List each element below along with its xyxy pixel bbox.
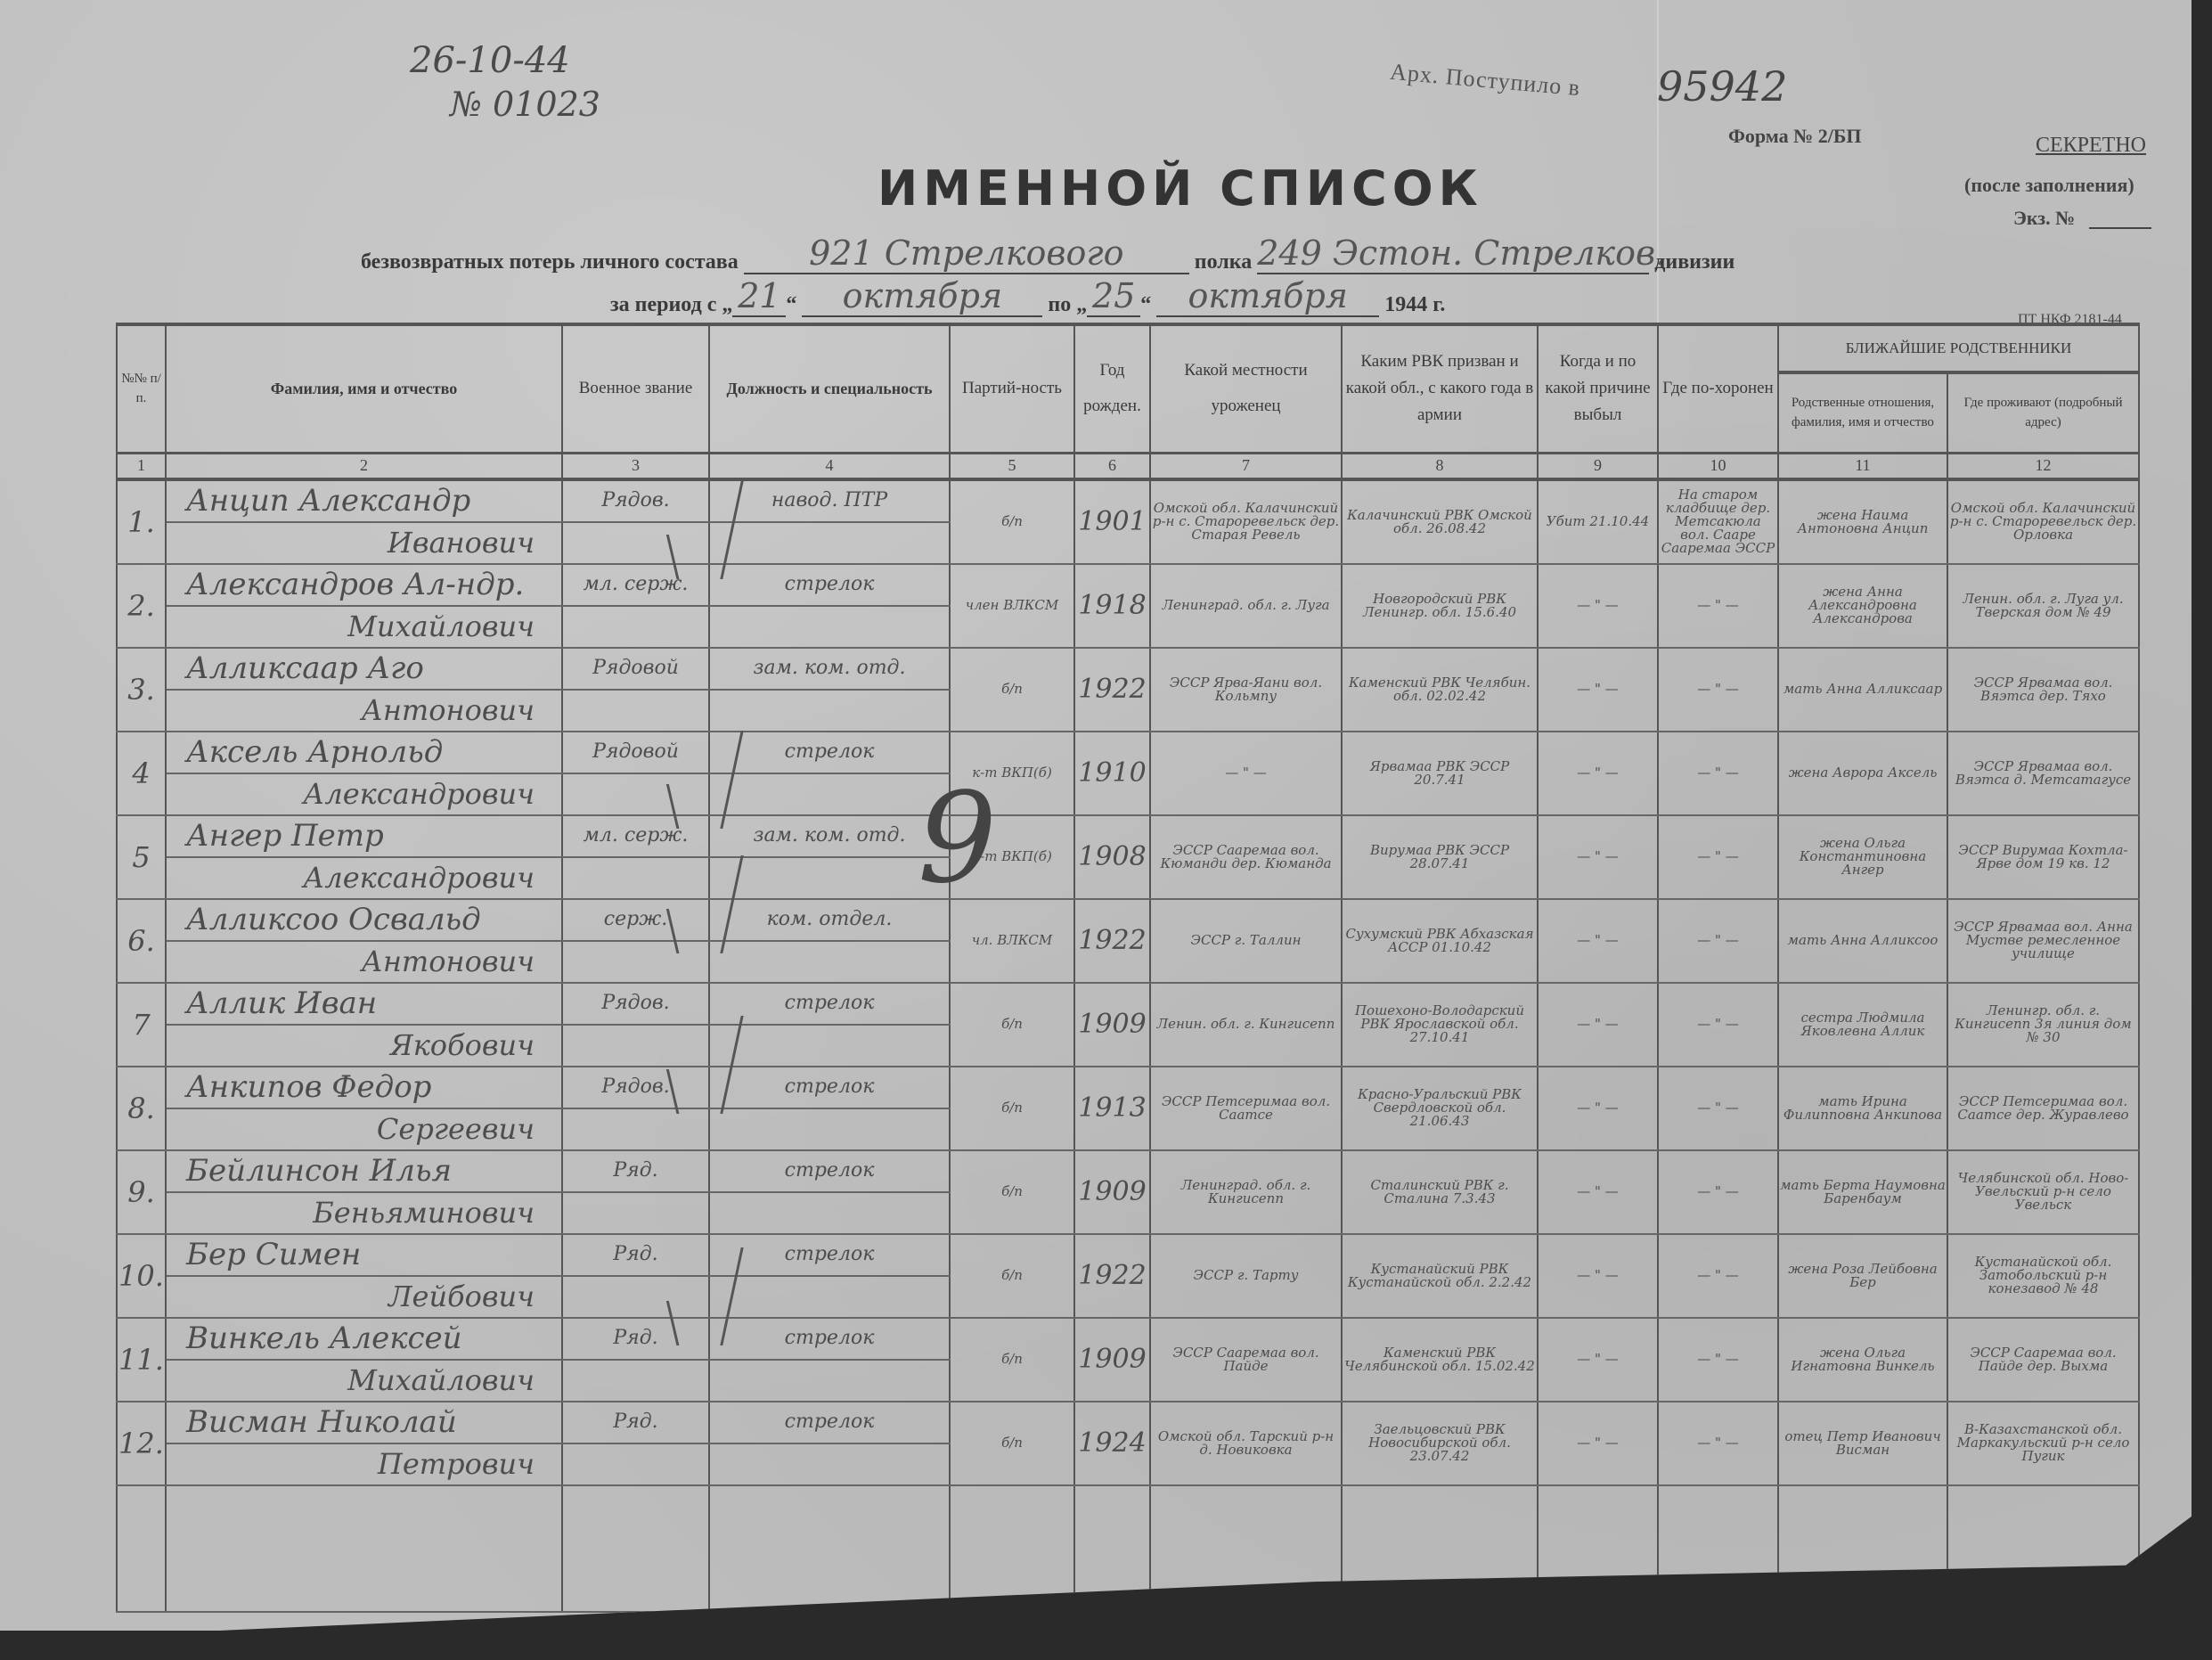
table-row: 3.Алликсаар АгоРядовойзам. ком. отд.б/п1…: [117, 648, 2139, 690]
party-cell: б/п: [950, 1318, 1074, 1402]
address-cell: ЭССР Ярвамаа вол. Вяэтса д. Метсатагусе: [1947, 732, 2139, 815]
buried-cell: — " —: [1658, 1234, 1778, 1318]
birthplace-cell: Омской обл. Калачинский р-н с. Старореве…: [1150, 479, 1342, 564]
row-number: 3.: [117, 648, 166, 732]
soldier-patronymic: Сергеевич: [166, 1108, 562, 1150]
col-header-rvk: Каким РВК призван и какой обл., с какого…: [1342, 324, 1538, 453]
birthplace-cell: ЭССР г. Тарту: [1150, 1234, 1342, 1318]
year-suffix: 1944 г.: [1384, 293, 1445, 316]
empty-cell: [562, 1485, 709, 1612]
archive-stamp: Арх. Поступило в: [1389, 59, 1581, 102]
rvk-cell: Калачинский РВК Омской обл. 26.08.42: [1342, 479, 1538, 564]
row-number: 6.: [117, 899, 166, 983]
soldier-patronymic: Антонович: [166, 941, 562, 983]
col-header-relation: Родственные отношения, фамилия, имя и от…: [1778, 372, 1947, 453]
soldier-name: Винкель Алексей: [166, 1318, 562, 1360]
when-reason-cell: — " —: [1538, 1234, 1658, 1318]
rvk-cell: Каменский РВК Челябинской обл. 15.02.42: [1342, 1318, 1538, 1402]
address-cell: Омской обл. Калачинский р-н с. Старореве…: [1947, 479, 2139, 564]
document-title: ИМЕННОЙ СПИСОК: [877, 160, 1483, 217]
address-cell: В-Казахстанской обл. Маркакульский р-н с…: [1947, 1402, 2139, 1485]
position-cell-blank: [709, 690, 950, 732]
soldier-patronymic: Александрович: [166, 857, 562, 899]
rvk-cell: Каменский РВК Челябин. обл. 02.02.42: [1342, 648, 1538, 732]
rank-cell-blank: [562, 1443, 709, 1485]
buried-cell: — " —: [1658, 1067, 1778, 1150]
party-cell: б/п: [950, 983, 1074, 1067]
col-num-4: 4: [709, 453, 950, 479]
col-num-11: 11: [1778, 453, 1947, 479]
when-reason-cell: — " —: [1538, 1067, 1658, 1150]
position-cell-blank: [709, 522, 950, 564]
rvk-cell: Пошехоно-Володарский РВК Ярославской обл…: [1342, 983, 1538, 1067]
relative-cell: жена Ольга Игнатовна Винкель: [1778, 1318, 1947, 1402]
row-number: 10.: [117, 1234, 166, 1318]
position-cell: стрелок: [709, 1150, 950, 1192]
position-cell: стрелок: [709, 1402, 950, 1443]
position-cell-blank: [709, 1360, 950, 1402]
col-header-position: Должность и специальность: [709, 324, 950, 453]
birth-year-cell: 1909: [1074, 983, 1150, 1067]
col-header-birth-year: Год рожден.: [1074, 324, 1150, 453]
empty-cell: [1150, 1485, 1342, 1612]
col-num-7: 7: [1150, 453, 1342, 479]
buried-cell: — " —: [1658, 564, 1778, 648]
date-stamp: 26-10-44: [410, 40, 570, 81]
row-number: 2.: [117, 564, 166, 648]
buried-cell: — " —: [1658, 1402, 1778, 1485]
soldier-patronymic: Михайлович: [166, 1360, 562, 1402]
relative-cell: жена Аврора Аксель: [1778, 732, 1947, 815]
address-cell: Ленин. обл. г. Луга ул. Тверская дом № 4…: [1947, 564, 2139, 648]
address-cell: Ленингр. обл. г. Кингисепп 3я линия дом …: [1947, 983, 2139, 1067]
empty-cell: [117, 1485, 166, 1612]
relative-cell: жена Ольга Константиновна Ангер: [1778, 815, 1947, 899]
birthplace-cell: Омской обл. Тарский р-н д. Новиковка: [1150, 1402, 1342, 1485]
when-reason-cell: — " —: [1538, 732, 1658, 815]
empty-cell: [1538, 1485, 1658, 1612]
address-cell: Челябинской обл. Ново-Увельский р-н село…: [1947, 1150, 2139, 1234]
party-cell: б/п: [950, 648, 1074, 732]
position-cell: стрелок: [709, 983, 950, 1025]
document-number: № 01023: [450, 85, 600, 124]
losses-label: безвозвратных потерь личного состава: [361, 250, 739, 274]
col-num-1: 1: [117, 453, 166, 479]
when-reason-cell: Убит 21.10.44: [1538, 479, 1658, 564]
soldier-patronymic: Иванович: [166, 522, 562, 564]
birth-year-cell: 1918: [1074, 564, 1150, 648]
when-reason-cell: — " —: [1538, 648, 1658, 732]
soldier-name: Аксель Арнольд: [166, 732, 562, 773]
birth-year-cell: 1910: [1074, 732, 1150, 815]
col-header-party: Партий-ность: [950, 324, 1074, 453]
position-cell-blank: [709, 1192, 950, 1234]
col-num-5: 5: [950, 453, 1074, 479]
buried-cell: — " —: [1658, 648, 1778, 732]
table-row: 11.Винкель АлексейРяд.стрелокб/п1909ЭССР…: [117, 1318, 2139, 1360]
position-cell: зам. ком. отд.: [709, 815, 950, 857]
table-row: 8.Анкипов ФедорРядов.стрелокб/п1913ЭССР …: [117, 1067, 2139, 1108]
rvk-cell: Сталинский РВК г. Сталина 7.3.43: [1342, 1150, 1538, 1234]
birthplace-cell: Ленинград. обл. г. Кингисепп: [1150, 1150, 1342, 1234]
row-number: 4: [117, 732, 166, 815]
soldier-name: Александров Ал-ндр.: [166, 564, 562, 606]
rank-cell: Ряд.: [562, 1150, 709, 1192]
empty-cell: [1342, 1485, 1538, 1612]
party-cell: б/п: [950, 479, 1074, 564]
soldier-patronymic: Александрович: [166, 773, 562, 815]
archive-number: 95942: [1657, 62, 1787, 110]
classification-label: СЕКРЕТНО: [2036, 134, 2146, 158]
period-to-label: по: [1048, 293, 1071, 316]
soldier-name: Висман Николай: [166, 1402, 562, 1443]
birth-year-cell: 1913: [1074, 1067, 1150, 1150]
birthplace-cell: ЭССР Сааремаа вол. Кюманди дер. Кюманда: [1150, 815, 1342, 899]
col-num-10: 10: [1658, 453, 1778, 479]
when-reason-cell: — " —: [1538, 983, 1658, 1067]
empty-cell: [1778, 1485, 1947, 1612]
col-num-9: 9: [1538, 453, 1658, 479]
soldier-name: Анкипов Федор: [166, 1067, 562, 1108]
birth-year-cell: 1909: [1074, 1318, 1150, 1402]
relative-cell: мать Анна Алликсаар: [1778, 648, 1947, 732]
table-row: 5Ангер Петрмл. серж.зам. ком. отд.к-т ВК…: [117, 815, 2139, 857]
rank-cell: Рядовой: [562, 648, 709, 690]
empty-cell: [1947, 1485, 2139, 1612]
row-number: 1.: [117, 479, 166, 564]
soldier-name: Алликсаар Аго: [166, 648, 562, 690]
position-cell: стрелок: [709, 564, 950, 606]
soldier-name: Алликсоо Освальд: [166, 899, 562, 941]
birth-year-cell: 1901: [1074, 479, 1150, 564]
row-number: 8.: [117, 1067, 166, 1150]
birth-year-cell: 1922: [1074, 899, 1150, 983]
buried-cell: — " —: [1658, 1150, 1778, 1234]
col-header-buried: Где по-хоронен: [1658, 324, 1778, 453]
row-number: 12.: [117, 1402, 166, 1485]
position-cell: стрелок: [709, 1067, 950, 1108]
col-num-2: 2: [166, 453, 562, 479]
buried-cell: — " —: [1658, 1318, 1778, 1402]
buried-cell: — " —: [1658, 732, 1778, 815]
party-cell: б/п: [950, 1234, 1074, 1318]
relative-cell: мать Ирина Филипповна Анкипова: [1778, 1067, 1947, 1150]
period-from-day: 21: [732, 276, 786, 317]
col-num-12: 12: [1947, 453, 2139, 479]
soldier-name: Бер Симен: [166, 1234, 562, 1276]
period-label: за период с: [610, 293, 716, 316]
buried-cell: — " —: [1658, 815, 1778, 899]
relative-cell: мать Берта Наумовна Баренбаум: [1778, 1150, 1947, 1234]
empty-cell: [1074, 1485, 1150, 1612]
birthplace-cell: Ленинград. обл. г. Луга: [1150, 564, 1342, 648]
col-header-rank: Военное звание: [562, 324, 709, 453]
after-fill-note: (после заполнения): [1964, 174, 2134, 197]
position-cell-blank: [709, 1108, 950, 1150]
relative-cell: жена Роза Лейбовна Бер: [1778, 1234, 1947, 1318]
col-header-name: Фамилия, имя и отчество: [166, 324, 562, 453]
row-number: 11.: [117, 1318, 166, 1402]
relative-cell: мать Анна Алликсоо: [1778, 899, 1947, 983]
period-from-month: октября: [802, 276, 1042, 317]
rvk-cell: Красно-Уральский РВК Свердловской обл. 2…: [1342, 1067, 1538, 1150]
party-cell: б/п: [950, 1150, 1074, 1234]
margin-annotation: 9: [918, 766, 997, 912]
rank-cell-blank: [562, 606, 709, 648]
relative-cell: жена Наима Антоновна Анцип: [1778, 479, 1947, 564]
soldier-name: Анцип Александр: [166, 479, 562, 522]
table-row: 1.Анцип АлександрРядов.навод. ПТРб/п1901…: [117, 479, 2139, 522]
col-num-6: 6: [1074, 453, 1150, 479]
table-row: 4Аксель АрнольдРядовойстрелокк-т ВКП(б)1…: [117, 732, 2139, 773]
position-cell: стрелок: [709, 732, 950, 773]
buried-cell: На старом кладбище дер. Метсакюла вол. С…: [1658, 479, 1778, 564]
relative-cell: жена Анна Александровна Александрова: [1778, 564, 1947, 648]
birth-year-cell: 1909: [1074, 1150, 1150, 1234]
soldier-patronymic: Беньяминович: [166, 1192, 562, 1234]
position-cell-blank: [709, 1025, 950, 1067]
when-reason-cell: — " —: [1538, 1150, 1658, 1234]
division-label: дивизии: [1654, 250, 1735, 274]
position-cell-blank: [709, 857, 950, 899]
position-cell-blank: [709, 773, 950, 815]
soldier-patronymic: Антонович: [166, 690, 562, 732]
position-cell-blank: [709, 1276, 950, 1318]
row-number: 7: [117, 983, 166, 1067]
rvk-cell: Новгородский РВК Ленингр. обл. 15.6.40: [1342, 564, 1538, 648]
birth-year-cell: 1922: [1074, 648, 1150, 732]
address-cell: Кустанайской обл. Затобольский р-н конез…: [1947, 1234, 2139, 1318]
col-header-address: Где проживают (подробный адрес): [1947, 372, 2139, 453]
empty-cell: [709, 1485, 950, 1612]
table-row: 10.Бер СименРяд.стрелокб/п1922ЭССР г. Та…: [117, 1234, 2139, 1276]
rvk-cell: Сухумский РВК Абхазская АССР 01.10.42: [1342, 899, 1538, 983]
soldier-name: Бейлинсон Илья: [166, 1150, 562, 1192]
soldier-patronymic: Якобович: [166, 1025, 562, 1067]
soldier-patronymic: Михайлович: [166, 606, 562, 648]
empty-row: [117, 1485, 2139, 1612]
regiment-label: полка: [1195, 250, 1252, 274]
copy-number-label: Экз. №: [2013, 207, 2075, 230]
position-cell: навод. ПТР: [709, 479, 950, 522]
soldier-name: Аллик Иван: [166, 983, 562, 1025]
casualty-rows: 1.Анцип АлександрРядов.навод. ПТРб/п1901…: [117, 479, 2139, 1612]
empty-cell: [1658, 1485, 1778, 1612]
party-cell: член ВЛКСМ: [950, 564, 1074, 648]
table-row: 7Аллик ИванРядов.стрелокб/п1909Ленин. об…: [117, 983, 2139, 1025]
unit-line: безвозвратных потерь личного состава 921…: [361, 233, 1735, 274]
division-field: 249 Эстон. Стрелков.: [1257, 233, 1649, 274]
buried-cell: — " —: [1658, 983, 1778, 1067]
birth-year-cell: 1908: [1074, 815, 1150, 899]
address-cell: ЭССР Ярвамаа вол. Вяэтса дер. Тяхо: [1947, 648, 2139, 732]
rank-cell-blank: [562, 1192, 709, 1234]
when-reason-cell: — " —: [1538, 815, 1658, 899]
copy-number-blank: [2089, 227, 2151, 229]
address-cell: ЭССР Петсеримаа вол. Саатсе дер. Журавле…: [1947, 1067, 2139, 1150]
col-num-8: 8: [1342, 453, 1538, 479]
table-row: 12.Висман НиколайРяд.стрелокб/п1924Омско…: [117, 1402, 2139, 1443]
table-row: 6.Алликсоо Освальдсерж.ком. отдел.чл. ВЛ…: [117, 899, 2139, 941]
period-to-month: октября: [1156, 276, 1379, 317]
rank-cell-blank: [562, 1108, 709, 1150]
table-row: 9.Бейлинсон ИльяРяд.стрелокб/п1909Ленинг…: [117, 1150, 2139, 1192]
address-cell: ЭССР Сааремаа вол. Пайде дер. Выхма: [1947, 1318, 2139, 1402]
position-cell-blank: [709, 1443, 950, 1485]
address-cell: ЭССР Ярвамаа вол. Анна Мустве ремесленно…: [1947, 899, 2139, 983]
empty-cell: [166, 1485, 562, 1612]
rank-cell-blank: [562, 1360, 709, 1402]
col-header-number: №№ п/п.: [117, 324, 166, 453]
when-reason-cell: — " —: [1538, 1318, 1658, 1402]
position-cell-blank: [709, 606, 950, 648]
soldier-patronymic: Петрович: [166, 1443, 562, 1485]
form-number: Форма № 2/БП: [1728, 125, 1862, 148]
relative-cell: отец Петр Иванович Висман: [1778, 1402, 1947, 1485]
rank-cell-blank: [562, 690, 709, 732]
rvk-cell: Заельцовский РВК Новосибирской обл. 23.0…: [1342, 1402, 1538, 1485]
row-number: 9.: [117, 1150, 166, 1234]
birthplace-cell: ЭССР г. Таллин: [1150, 899, 1342, 983]
birthplace-cell: — " —: [1150, 732, 1342, 815]
birthplace-cell: Ленин. обл. г. Кингисепп: [1150, 983, 1342, 1067]
position-cell: зам. ком. отд.: [709, 648, 950, 690]
birthplace-cell: ЭССР Ярва-Яани вол. Кольмпу: [1150, 648, 1342, 732]
when-reason-cell: — " —: [1538, 564, 1658, 648]
party-cell: б/п: [950, 1067, 1074, 1150]
regiment-field: 921 Стрелкового: [744, 233, 1189, 274]
position-cell: стрелок: [709, 1318, 950, 1360]
rank-cell: Ряд.: [562, 1402, 709, 1443]
address-cell: ЭССР Вирумаа Кохтла-Ярве дом 19 кв. 12: [1947, 815, 2139, 899]
rvk-cell: Вирумаа РВК ЭССР 28.07.41: [1342, 815, 1538, 899]
col-header-birthplace: Какой местности уроженец: [1150, 324, 1342, 453]
rvk-cell: Кустанайский РВК Кустанайской обл. 2.2.4…: [1342, 1234, 1538, 1318]
when-reason-cell: — " —: [1538, 899, 1658, 983]
position-cell: стрелок: [709, 1234, 950, 1276]
birth-year-cell: 1924: [1074, 1402, 1150, 1485]
party-cell: б/п: [950, 1402, 1074, 1485]
when-reason-cell: — " —: [1538, 1402, 1658, 1485]
birth-year-cell: 1922: [1074, 1234, 1150, 1318]
col-num-3: 3: [562, 453, 709, 479]
document-page: 26-10-44 № 01023 Арх. Поступило в 95942 …: [0, 0, 2192, 1631]
position-cell: ком. отдел.: [709, 899, 950, 941]
birthplace-cell: ЭССР Сааремаа вол. Пайде: [1150, 1318, 1342, 1402]
col-header-relatives-group: БЛИЖАЙШИЕ РОДСТВЕННИКИ: [1778, 324, 2139, 372]
buried-cell: — " —: [1658, 899, 1778, 983]
period-line: за период с „21“ октября по „25“ октября…: [610, 276, 1445, 317]
casualty-table: №№ п/п. Фамилия, имя и отчество Военное …: [116, 323, 2140, 1613]
period-to-day: 25: [1087, 276, 1140, 317]
soldier-patronymic: Лейбович: [166, 1276, 562, 1318]
birthplace-cell: ЭССР Петсеримаа вол. Саатсе: [1150, 1067, 1342, 1150]
position-cell-blank: [709, 941, 950, 983]
soldier-name: Ангер Петр: [166, 815, 562, 857]
rvk-cell: Ярвамаа РВК ЭССР 20.7.41: [1342, 732, 1538, 815]
col-header-when-reason: Когда и по какой причине выбыл: [1538, 324, 1658, 453]
relative-cell: сестра Людмила Яковлевна Аллик: [1778, 983, 1947, 1067]
row-number: 5: [117, 815, 166, 899]
table-row: 2.Александров Ал-ндр.мл. серж.стрелокчле…: [117, 564, 2139, 606]
empty-cell: [950, 1485, 1074, 1612]
